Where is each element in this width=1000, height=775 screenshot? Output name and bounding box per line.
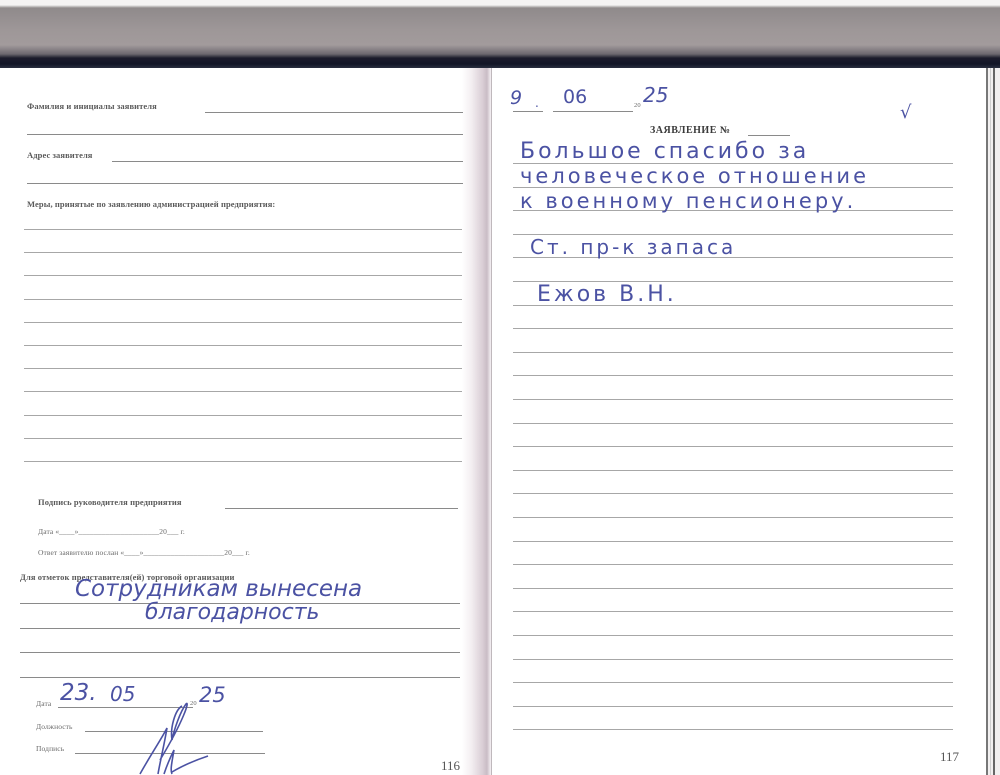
page-number-right: 117 [940, 749, 959, 765]
date-day: 9 [510, 87, 522, 109]
measures-field-line[interactable] [24, 299, 462, 300]
applicant-name-label: Фамилия и инициалы заявителя [27, 101, 157, 111]
statement-field-line[interactable] [513, 564, 953, 565]
page-edge-line [986, 68, 988, 775]
page-number-left: 116 [441, 758, 460, 774]
trade-org-note-line2: благодарность [145, 600, 320, 625]
statement-field-line[interactable] [513, 541, 953, 542]
measures-field-line[interactable] [24, 345, 462, 346]
signature-label: Подпись [36, 744, 64, 753]
statement-line: Ежов В.Н. [537, 282, 677, 307]
statement-field-line[interactable] [513, 328, 953, 329]
measures-field-line[interactable] [24, 461, 462, 462]
statement-field-line[interactable] [513, 659, 953, 660]
trade-org-note-line1: Сотрудникам вынесена [75, 576, 362, 602]
applicant-address-label: Адрес заявителя [27, 150, 93, 160]
trade-org-field-line3[interactable] [20, 652, 460, 653]
statement-title: ЗАЯВЛЕНИЕ № [650, 125, 730, 136]
date-year-prefix: 20 [634, 102, 641, 109]
statement-field-line[interactable] [513, 729, 953, 730]
measures-field-line[interactable] [24, 391, 462, 392]
book-spine [462, 68, 494, 775]
trade-org-field-line4[interactable] [20, 677, 460, 678]
measures-field-line[interactable] [24, 415, 462, 416]
book-cover-top-edge [0, 0, 1000, 68]
date-year: 25 [643, 83, 668, 107]
page-edge-line [993, 68, 995, 775]
applicant-name-field-line2[interactable] [27, 134, 463, 135]
date-month-field[interactable] [553, 111, 633, 112]
reply-sent-label: Ответ заявителю послан «____»___________… [38, 548, 250, 557]
date-day-field[interactable] [513, 111, 543, 112]
trade-org-field-line2[interactable] [20, 628, 460, 629]
measures-field-line[interactable] [24, 275, 462, 276]
date-label: Дата «____»_____________________20___ г. [38, 527, 185, 536]
statement-number-field[interactable] [748, 135, 790, 136]
statement-line: Ст. пр-к запаса [530, 235, 736, 259]
manager-signature-label: Подпись руководителя предприятия [38, 497, 182, 507]
statement-field-line[interactable] [513, 493, 953, 494]
applicant-name-field[interactable] [205, 112, 463, 113]
left-page [0, 68, 482, 775]
statement-field-line[interactable] [513, 611, 953, 612]
statement-field-line[interactable] [513, 375, 953, 376]
statement-line: человеческое отношение [520, 164, 869, 188]
measures-field-line[interactable] [24, 229, 462, 230]
statement-field-line[interactable] [513, 588, 953, 589]
statement-field-line[interactable] [513, 682, 953, 683]
statement-field-line[interactable] [513, 470, 953, 471]
manager-signature-field[interactable] [225, 508, 458, 509]
page-edge-line [990, 68, 991, 775]
bottom-date-day: 23. [60, 680, 97, 706]
statement-field-line[interactable] [513, 517, 953, 518]
measures-field-line[interactable] [24, 368, 462, 369]
measures-field-line[interactable] [24, 252, 462, 253]
statement-field-line[interactable] [513, 635, 953, 636]
handwritten-signature [120, 700, 215, 775]
position-label: Должность [36, 722, 73, 731]
statement-field-line[interactable] [513, 352, 953, 353]
date-month: 06 [563, 86, 587, 108]
measures-field-line[interactable] [24, 322, 462, 323]
statement-line: к военному пенсионеру. [520, 189, 856, 213]
statement-field-line[interactable] [513, 423, 953, 424]
bottom-date-label: Дата [36, 699, 51, 708]
statement-line: Большое спасибо за [520, 139, 809, 164]
statement-field-line[interactable] [513, 706, 953, 707]
measures-label: Меры, принятые по заявлению администраци… [27, 199, 275, 209]
date-separator: . [535, 96, 539, 110]
applicant-address-field[interactable] [112, 161, 463, 162]
statement-field-line[interactable] [513, 446, 953, 447]
checkmark-icon: √ [900, 102, 911, 123]
statement-field-line[interactable] [513, 399, 953, 400]
measures-field-line[interactable] [24, 438, 462, 439]
applicant-address-field-line2[interactable] [27, 183, 463, 184]
